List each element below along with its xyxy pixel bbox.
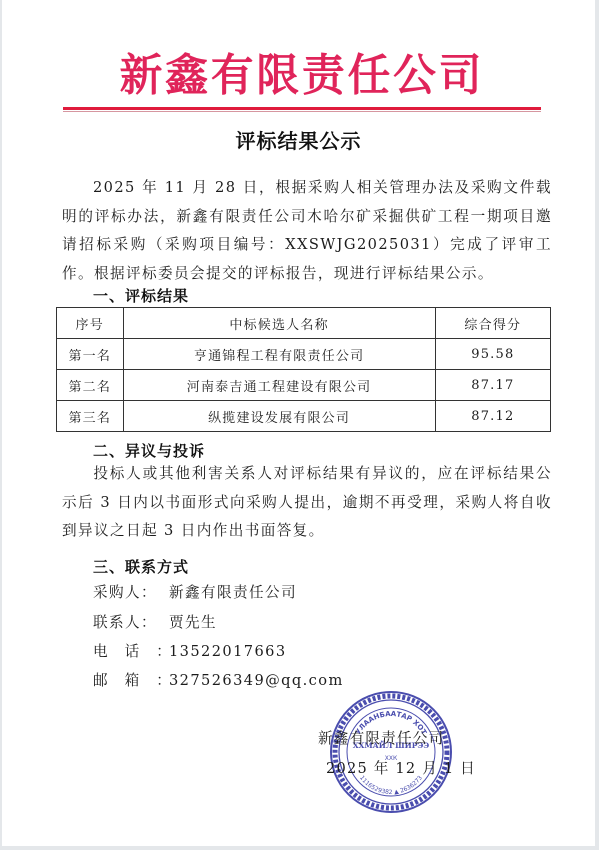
header-rank: 序号 bbox=[57, 308, 124, 339]
section-heading-contact: 三、联系方式 bbox=[93, 556, 189, 578]
letterhead-company-name: 新鑫有限责任公司 bbox=[71, 50, 533, 102]
results-table: 序号 中标候选人名称 综合得分 第一名 亨通锦程工程有限责任公司 95.58 第… bbox=[56, 307, 551, 432]
intro-paragraph: 2025 年 11 月 28 日，根据采购人相关管理办法及采购文件载明的评标办法… bbox=[62, 174, 552, 288]
cell-name: 河南泰吉通工程建设有限公司 bbox=[123, 370, 435, 401]
signature-date: 2025 年 12 月 1 日 bbox=[326, 759, 476, 779]
intro-paragraph-text: 2025 年 11 月 28 日，根据采购人相关管理办法及采购文件载明的评标办法… bbox=[62, 179, 552, 282]
objections-paragraph: 投标人或其他利害关系人对评标结果有异议的，应在评标结果公示后 3 日内以书面形式… bbox=[62, 460, 552, 546]
contact-value: 贾先生 bbox=[169, 614, 217, 631]
contact-label: 邮箱： bbox=[93, 671, 169, 691]
letterhead-rule-thin bbox=[63, 111, 541, 112]
header-score: 综合得分 bbox=[435, 308, 550, 339]
cell-score: 87.12 bbox=[435, 401, 550, 432]
cell-name: 亨通锦程工程有限责任公司 bbox=[123, 339, 435, 370]
contact-value: 13522017663 bbox=[169, 643, 287, 660]
signature-company: 新鑫有限责任公司 bbox=[318, 729, 444, 749]
letterhead-rule-thick bbox=[63, 107, 541, 110]
document-title: 评标结果公示 bbox=[2, 128, 595, 154]
contact-person: 联系人：贾先生 bbox=[93, 613, 217, 633]
cell-name: 纵揽建设发展有限公司 bbox=[123, 401, 435, 432]
table-row: 第二名 河南泰吉通工程建设有限公司 87.17 bbox=[57, 370, 551, 401]
contact-value: 新鑫有限责任公司 bbox=[169, 584, 297, 601]
document-page: 新鑫有限责任公司 评标结果公示 2025 年 11 月 28 日，根据采购人相关… bbox=[2, 0, 595, 846]
header-candidate-name: 中标候选人名称 bbox=[123, 308, 435, 339]
contact-phone: 电话：13522017663 bbox=[93, 642, 287, 662]
cell-rank: 第三名 bbox=[57, 401, 124, 432]
contact-value: 327526349@qq.com bbox=[169, 672, 344, 689]
contact-purchaser: 采购人：新鑫有限责任公司 bbox=[93, 583, 297, 603]
section-heading-results: 一、评标结果 bbox=[93, 285, 189, 307]
contact-label: 联系人： bbox=[93, 613, 169, 633]
section-heading-objections: 二、异议与投诉 bbox=[93, 440, 205, 462]
cell-score: 87.17 bbox=[435, 370, 550, 401]
cell-rank: 第二名 bbox=[57, 370, 124, 401]
objections-paragraph-text: 投标人或其他利害关系人对评标结果有异议的，应在评标结果公示后 3 日内以书面形式… bbox=[62, 465, 552, 539]
contact-label: 采购人： bbox=[93, 583, 169, 603]
table-row: 第三名 纵揽建设发展有限公司 87.12 bbox=[57, 401, 551, 432]
table-header-row: 序号 中标候选人名称 综合得分 bbox=[57, 308, 551, 339]
contact-label: 电话： bbox=[93, 642, 169, 662]
cell-score: 95.58 bbox=[435, 339, 550, 370]
cell-rank: 第一名 bbox=[57, 339, 124, 370]
official-seal-stamp-icon: УЛААНБААТАР ХОТ 1116529382 ▲ 2636273 ХХМ… bbox=[329, 690, 453, 814]
table-row: 第一名 亨通锦程工程有限责任公司 95.58 bbox=[57, 339, 551, 370]
contact-email: 邮箱：327526349@qq.com bbox=[93, 671, 344, 691]
